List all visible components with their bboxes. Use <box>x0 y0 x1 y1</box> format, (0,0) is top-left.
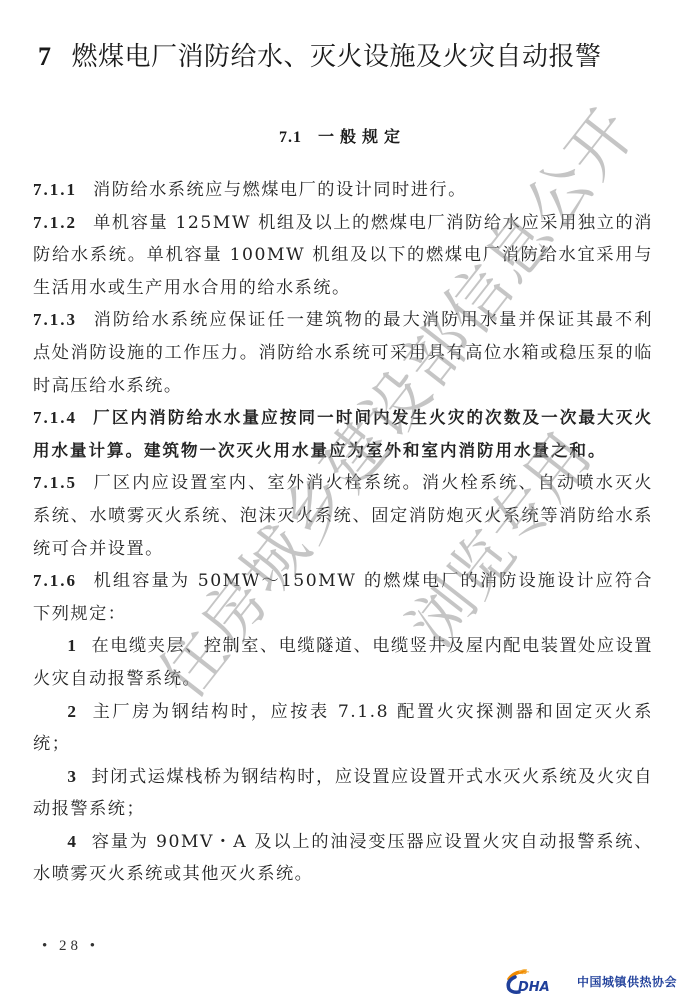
clause-text: 厂区内应设置室内、室外消火栓系统。消火栓系统、自动喷水灭火系统、水喷雾灭火系统、… <box>33 473 653 558</box>
clause-7-1-2: 7.1.2单机容量 125MW 机组及以上的燃煤电厂消防给水应采用独立的消防给水… <box>33 207 653 305</box>
clause-number: 7.1.2 <box>33 213 77 232</box>
svg-text:DHA: DHA <box>518 980 550 994</box>
item-text: 封闭式运煤栈桥为钢结构时，应设置应设置开式水灭火系统及火灾自动报警系统； <box>33 767 653 820</box>
clause-7-1-6: 7.1.6机组容量为 50MW～150MW 的燃煤电厂的消防设施设计应符合下列规… <box>33 565 653 630</box>
clause-text: 机组容量为 50MW～150MW 的燃煤电厂的消防设施设计应符合下列规定： <box>33 571 653 624</box>
clause-text: 消防给水系统应保证任一建筑物的最大消防用水量并保证其最不利点处消防设施的工作压力… <box>33 310 653 395</box>
clause-text: 消防给水系统应与燃煤电厂的设计同时进行。 <box>93 180 467 200</box>
footer-logo: DHA 中国城镇供热协会 <box>503 968 677 994</box>
list-item-1: 1在电缆夹层、控制室、电缆隧道、电缆竖井及屋内配电装置处应设置火灾自动报警系统。 <box>33 630 653 695</box>
clause-text: 厂区内消防给水水量应按同一时间内发生火灾的次数及一次最大灭火用水量计算。建筑物一… <box>33 408 653 460</box>
item-text: 容量为 90MV・A 及以上的油浸变压器应设置火灾自动报警系统、水喷雾灭火系统或… <box>33 832 653 885</box>
clause-number: 7.1.1 <box>33 180 77 199</box>
clause-number: 7.1.6 <box>33 571 77 590</box>
item-number: 1 <box>67 636 77 655</box>
chapter-number: 7 <box>38 42 52 71</box>
chapter-title-text: 燃煤电厂消防给水、灭火设施及火灾自动报警 <box>72 42 602 72</box>
bullet-dot-icon: • <box>42 938 51 954</box>
list-item-3: 3封闭式运煤栈桥为钢结构时，应设置应设置开式水灭火系统及火灾自动报警系统； <box>33 761 653 826</box>
clause-7-1-3: 7.1.3消防给水系统应保证任一建筑物的最大消防用水量并保证其最不利点处消防设施… <box>33 304 653 402</box>
clause-7-1-1: 7.1.1消防给水系统应与燃煤电厂的设计同时进行。 <box>33 174 653 207</box>
item-number: 4 <box>67 832 77 851</box>
clause-7-1-4-mandatory: 7.1.4厂区内消防给水水量应按同一时间内发生火灾的次数及一次最大灭火用水量计算… <box>33 402 653 467</box>
item-number: 2 <box>67 702 77 721</box>
clause-number: 7.1.4 <box>33 408 77 427</box>
item-text: 在电缆夹层、控制室、电缆隧道、电缆竖井及屋内配电装置处应设置火灾自动报警系统。 <box>33 636 653 689</box>
item-text: 主厂房为钢结构时，应按表 7.1.8 配置火灾探测器和固定灭火系统； <box>33 702 653 755</box>
chapter-title: 7燃煤电厂消防给水、灭火设施及火灾自动报警 <box>38 40 658 74</box>
cdha-logo-icon: DHA <box>503 968 573 994</box>
bullet-dot-icon: • <box>90 938 99 954</box>
org-name: 中国城镇供热协会 <box>577 973 677 990</box>
item-number: 3 <box>67 767 77 786</box>
body-text: 7.1.1消防给水系统应与燃煤电厂的设计同时进行。 7.1.2单机容量 125M… <box>33 174 653 891</box>
document-page: 7燃煤电厂消防给水、灭火设施及火灾自动报警 7.1一般规定 7.1.1消防给水系… <box>0 0 685 1007</box>
section-title: 7.1一般规定 <box>0 126 685 149</box>
list-item-2: 2主厂房为钢结构时，应按表 7.1.8 配置火灾探测器和固定灭火系统； <box>33 696 653 761</box>
section-number: 7.1 <box>279 129 302 146</box>
page-number-value: 28 <box>59 938 82 954</box>
page-number: • 28 • <box>42 938 99 955</box>
clause-number: 7.1.5 <box>33 473 77 492</box>
section-title-text: 一般规定 <box>318 127 406 146</box>
clause-text: 单机容量 125MW 机组及以上的燃煤电厂消防给水应采用独立的消防给水系统。单机… <box>33 213 653 298</box>
clause-number: 7.1.3 <box>33 310 77 329</box>
list-item-4: 4容量为 90MV・A 及以上的油浸变压器应设置火灾自动报警系统、水喷雾灭火系统… <box>33 826 653 891</box>
clause-7-1-5: 7.1.5厂区内应设置室内、室外消火栓系统。消火栓系统、自动喷水灭火系统、水喷雾… <box>33 467 653 565</box>
